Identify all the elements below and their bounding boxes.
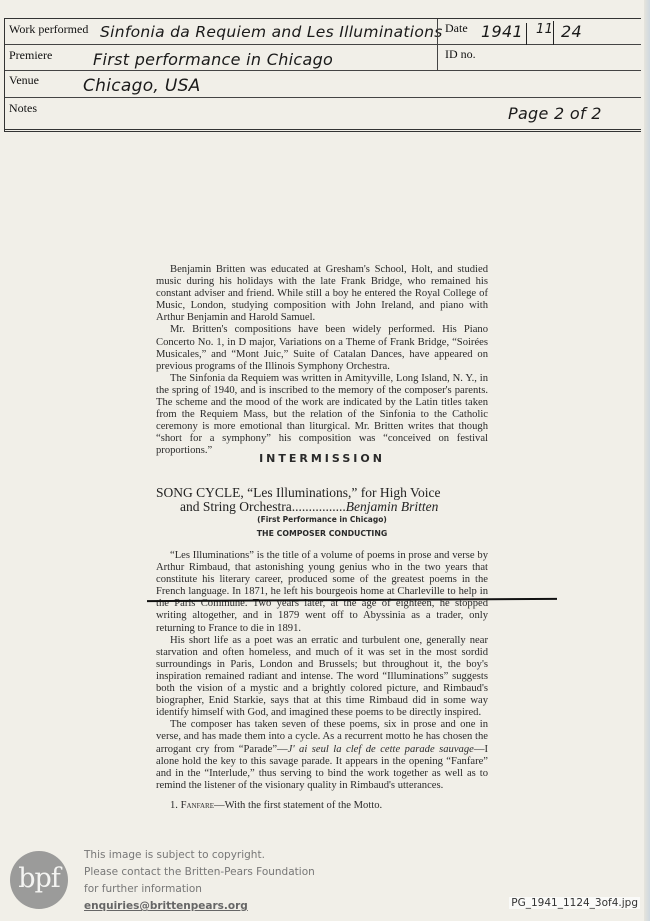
first-performance-note: (First Performance in Chicago) bbox=[156, 515, 488, 524]
premiere-row: Premiere First performance in Chicago ID… bbox=[5, 45, 641, 71]
paragraph: The Sinfonia da Requiem was written in A… bbox=[156, 373, 488, 458]
date-divider bbox=[526, 23, 527, 45]
program-intro-text: Benjamin Britten was educated at Gresham… bbox=[156, 264, 488, 458]
date-divider bbox=[553, 21, 554, 45]
work-performed-label: Work performed bbox=[9, 22, 88, 37]
bpf-logo: bpf bbox=[10, 851, 68, 909]
date-year: 1941 bbox=[481, 22, 523, 41]
song-cycle-line2: and String Orchestra................ bbox=[180, 499, 346, 514]
venue-label: Venue bbox=[9, 73, 39, 88]
song-cycle-composer: Benjamin Britten bbox=[346, 499, 439, 514]
intermission-heading: INTERMISSION bbox=[156, 452, 488, 465]
date-month: 11 bbox=[536, 22, 553, 37]
paragraph: The composer has taken seven of these po… bbox=[156, 719, 488, 792]
premiere-value: First performance in Chicago bbox=[93, 50, 333, 69]
notes-row: Notes Page 2 of 2 bbox=[5, 98, 641, 130]
premiere-label: Premiere bbox=[9, 48, 52, 63]
paragraph: “Les Illuminations” is the title of a vo… bbox=[156, 550, 488, 635]
venue-row: Venue Chicago, USA bbox=[5, 71, 641, 98]
song-cycle-title: SONG CYCLE, “Les Illuminations,” for Hig… bbox=[156, 485, 440, 500]
filename-label: PG_1941_1124_3of4.jpg bbox=[509, 897, 640, 909]
page-edge bbox=[644, 0, 650, 921]
conductor-note: THE COMPOSER CONDUCTING bbox=[156, 529, 488, 538]
paragraph: Benjamin Britten was educated at Gresham… bbox=[156, 264, 488, 324]
work-performed-row: Work performed Sinfonia da Requiem and L… bbox=[5, 19, 641, 45]
notes-value: Page 2 of 2 bbox=[508, 104, 602, 123]
list-item: 1. Fanfare—With the first statement of t… bbox=[156, 800, 488, 812]
email-link-wrapper: enquiries@brittenpears.org bbox=[84, 900, 248, 912]
list-item-title: Fanfare bbox=[181, 800, 214, 811]
copyright-line: This image is subject to copyright. bbox=[84, 849, 265, 861]
id-label: ID no. bbox=[445, 47, 476, 62]
date-day: 24 bbox=[561, 22, 582, 41]
program-illuminations-text: “Les Illuminations” is the title of a vo… bbox=[156, 550, 488, 812]
copyright-line: for further information bbox=[84, 883, 202, 895]
catalogue-card: Work performed Sinfonia da Requiem and L… bbox=[4, 18, 641, 132]
scanned-page: Work performed Sinfonia da Requiem and L… bbox=[0, 0, 650, 921]
paragraph: Mr. Britten's compositions have been wid… bbox=[156, 324, 488, 372]
notes-label: Notes bbox=[9, 101, 37, 116]
song-cycle-subtitle: and String Orchestra................Benj… bbox=[180, 499, 438, 515]
paragraph: His short life as a poet was an erratic … bbox=[156, 635, 488, 720]
email-link[interactable]: enquiries@brittenpears.org bbox=[84, 900, 248, 912]
motto-quote: J' ai seul la clef de cette parade sauva… bbox=[288, 744, 474, 755]
work-performed-value: Sinfonia da Requiem and Les Illumination… bbox=[100, 23, 443, 41]
venue-value: Chicago, USA bbox=[83, 76, 201, 96]
column-divider bbox=[437, 19, 438, 70]
copyright-line: Please contact the Britten-Pears Foundat… bbox=[84, 866, 315, 878]
date-label: Date bbox=[445, 21, 468, 36]
